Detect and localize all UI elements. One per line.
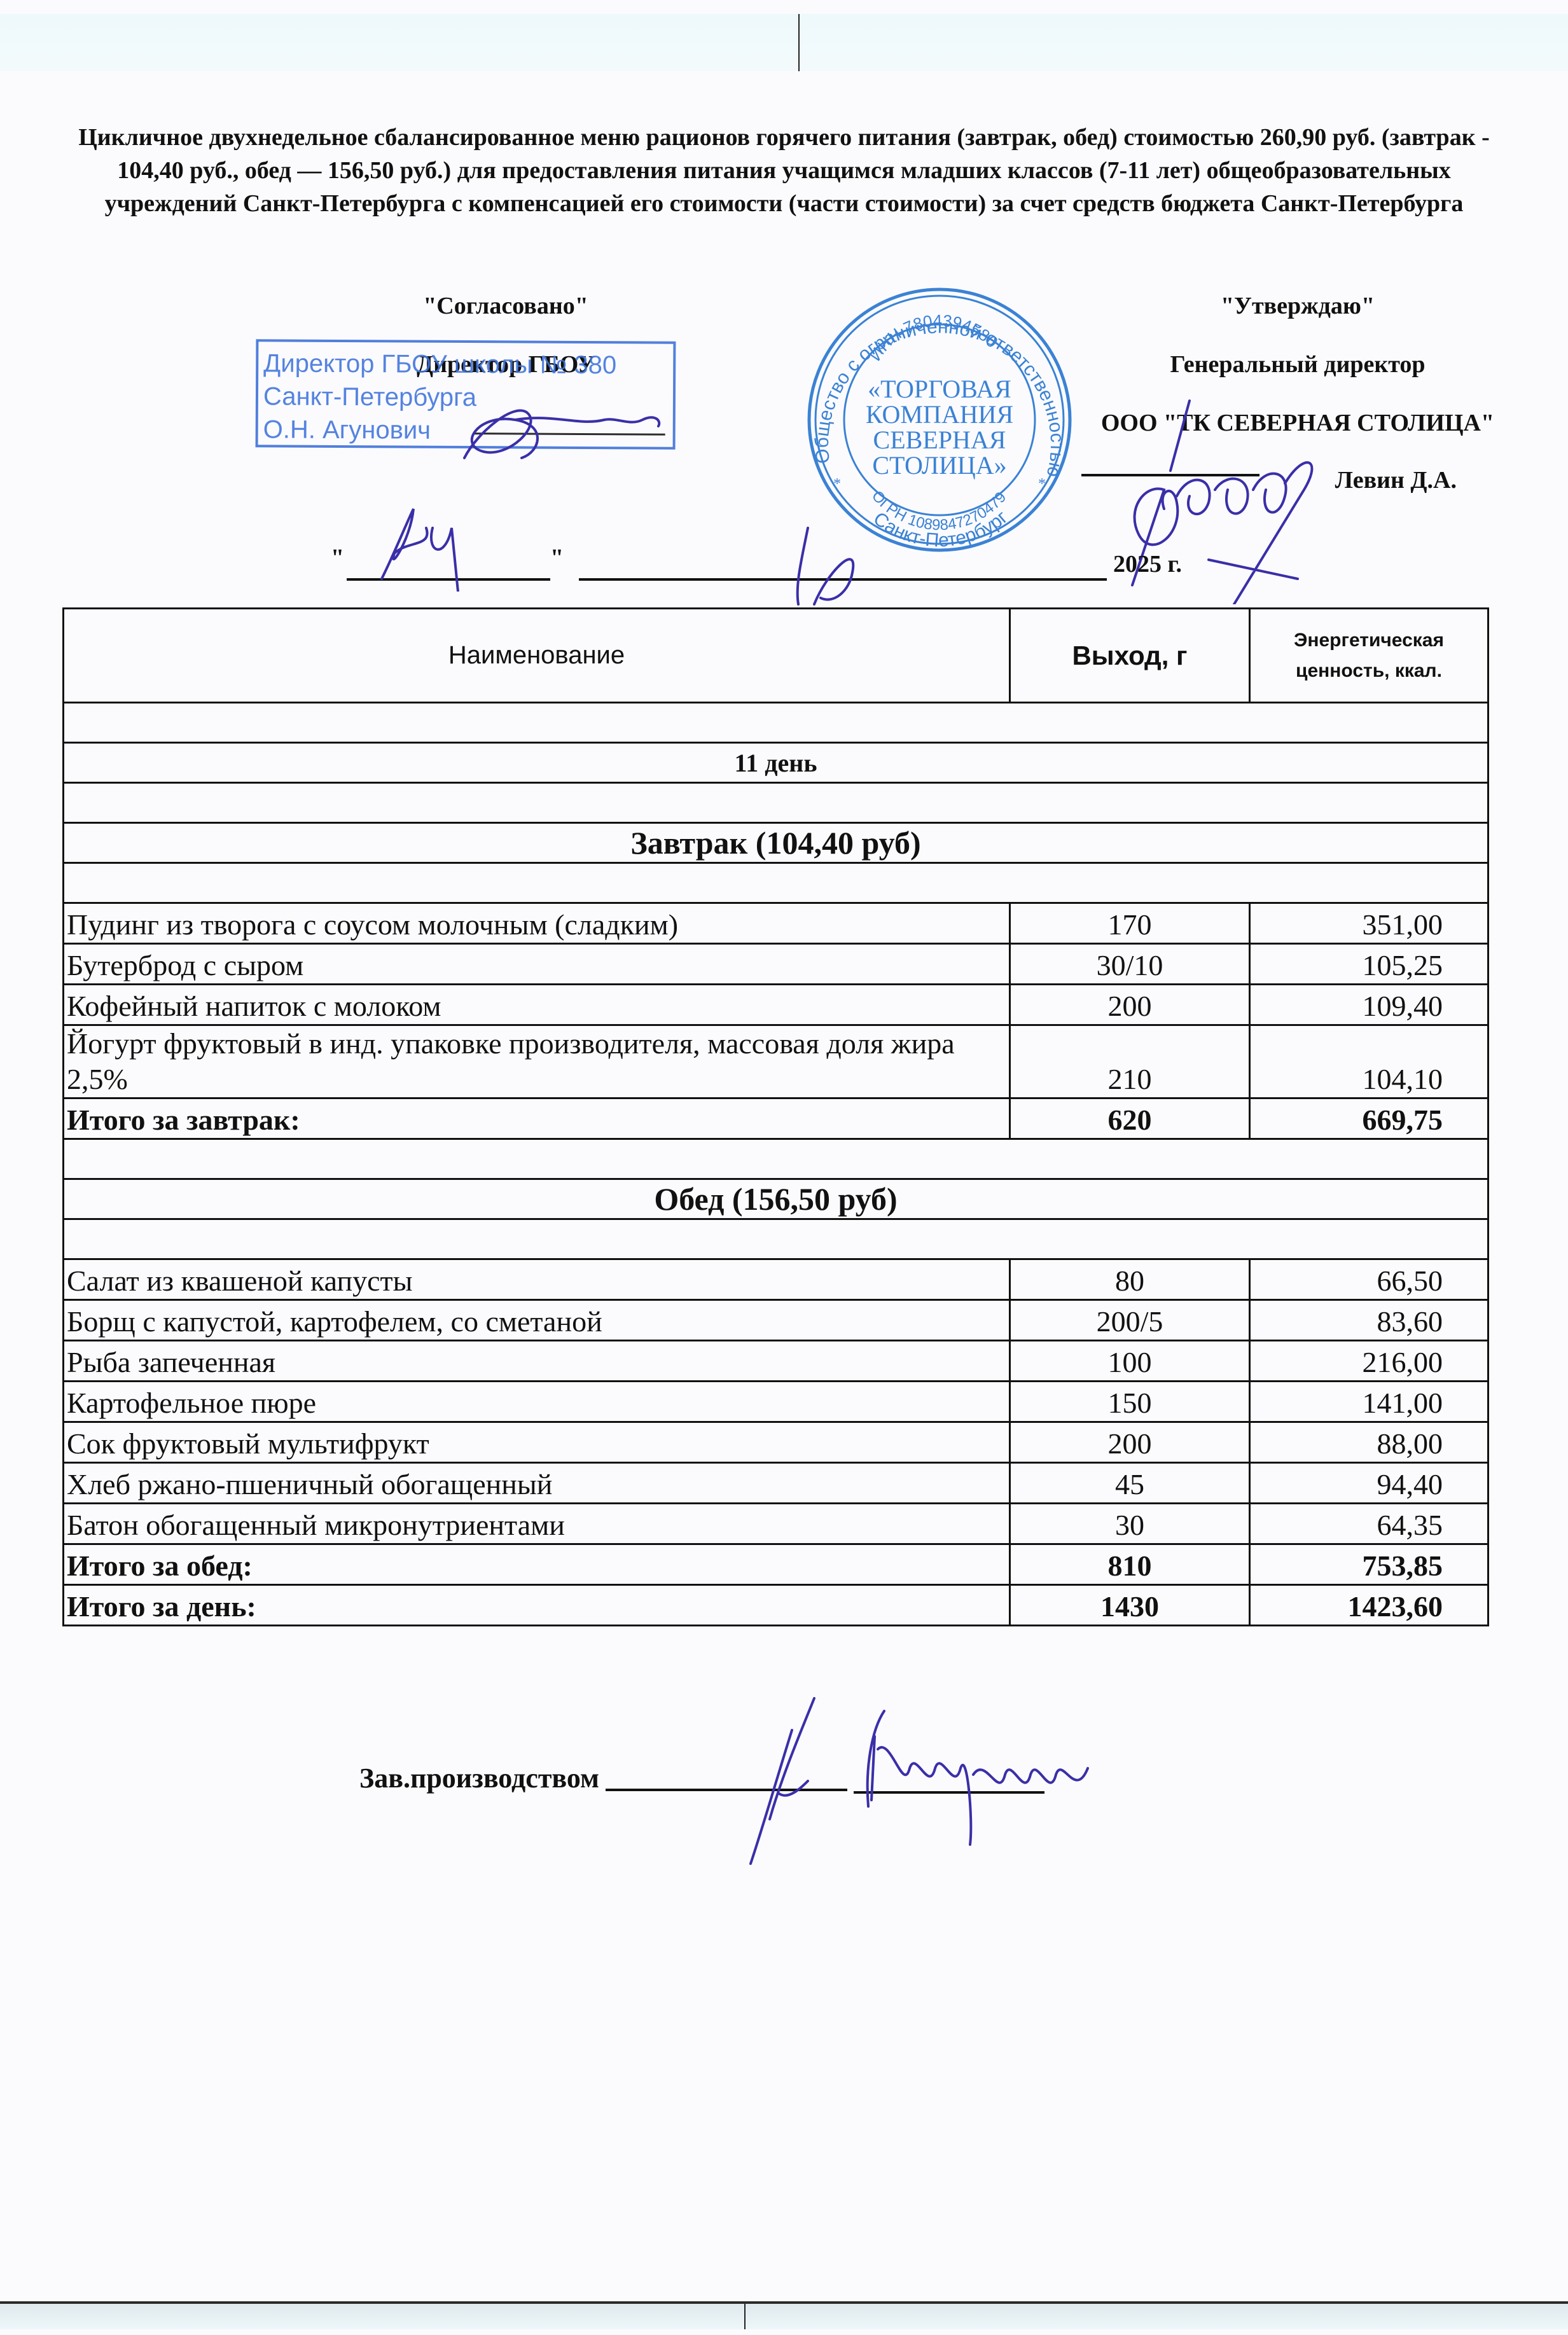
- production-manager-label: Зав.производством: [359, 1763, 599, 1794]
- day-total-energy: 1423,60: [1250, 1585, 1488, 1626]
- spacer-row: [64, 863, 1488, 903]
- handwritten-month: [789, 522, 878, 611]
- spacer-row: [64, 783, 1488, 823]
- approved-label: "Утверждаю": [1056, 289, 1539, 322]
- dish-energy: 141,00: [1250, 1382, 1488, 1422]
- dish-output: 45: [1010, 1463, 1250, 1504]
- dish-name: Йогурт фруктовый в инд. упаковке произво…: [64, 1025, 1010, 1098]
- header-energy: Энергетическая ценность, ккал.: [1250, 609, 1488, 703]
- spacer-row: [64, 1139, 1488, 1179]
- dish-output: 30: [1010, 1504, 1250, 1544]
- date-close-quote: ": [550, 544, 564, 572]
- dish-output: 200: [1010, 1422, 1250, 1463]
- table-row: Йогурт фруктовый в инд. упаковке произво…: [64, 1025, 1488, 1098]
- day-total-output: 1430: [1010, 1585, 1250, 1626]
- dish-energy: 216,00: [1250, 1341, 1488, 1382]
- breakfast-total-output: 620: [1010, 1098, 1250, 1139]
- lunch-total-label: Итого за обед:: [64, 1544, 1010, 1585]
- table-row: Борщ с капустой, картофелем, со сметаной…: [64, 1300, 1488, 1341]
- approved-position: Генеральный директор: [1056, 348, 1539, 381]
- dish-output: 200/5: [1010, 1300, 1250, 1341]
- breakfast-items: Пудинг из творога с соусом молочным (сла…: [64, 903, 1488, 1098]
- dish-name: Хлеб ржано-пшеничный обогащенный: [64, 1463, 1010, 1504]
- lunch-title: Обед (156,50 руб): [64, 1179, 1488, 1219]
- table-row: Сок фруктовый мультифрукт20088,00: [64, 1422, 1488, 1463]
- dish-name: Батон обогащенный микронутриентами: [64, 1504, 1010, 1544]
- lunch-total-output: 810: [1010, 1544, 1250, 1585]
- dish-output: 80: [1010, 1259, 1250, 1300]
- date-year: 2025 г.: [1113, 550, 1182, 578]
- dish-energy: 351,00: [1250, 903, 1488, 944]
- dish-name: Рыба запеченная: [64, 1341, 1010, 1382]
- spacer-row: [64, 703, 1488, 743]
- dish-output: 170: [1010, 903, 1250, 944]
- scanner-edge-top: [0, 14, 1568, 71]
- dish-energy: 88,00: [1250, 1422, 1488, 1463]
- svg-text:*: *: [833, 476, 841, 492]
- dish-energy: 66,50: [1250, 1259, 1488, 1300]
- menu-table: Наименование Выход, г Энергетическая цен…: [62, 607, 1489, 1626]
- dish-name: Пудинг из творога с соусом молочным (сла…: [64, 903, 1010, 944]
- lunch-total-row: Итого за обед: 810 753,85: [64, 1544, 1488, 1585]
- table-row: Бутерброд с сыром30/10105,25: [64, 944, 1488, 985]
- lunch-total-energy: 753,85: [1250, 1544, 1488, 1585]
- table-row: Пудинг из творога с соусом молочным (сла…: [64, 903, 1488, 944]
- dish-energy: 105,25: [1250, 944, 1488, 985]
- dish-energy: 109,40: [1250, 985, 1488, 1025]
- dish-energy: 83,60: [1250, 1300, 1488, 1341]
- table-row: Салат из квашеной капусты8066,50: [64, 1259, 1488, 1300]
- dish-name: Бутерброд с сыром: [64, 944, 1010, 985]
- table-header-row: Наименование Выход, г Энергетическая цен…: [64, 609, 1488, 703]
- dish-output: 100: [1010, 1341, 1250, 1382]
- dish-output: 210: [1010, 1025, 1250, 1098]
- breakfast-total-row: Итого за завтрак: 620 669,75: [64, 1098, 1488, 1139]
- spacer-row: [64, 1219, 1488, 1259]
- dish-name: Борщ с капустой, картофелем, со сметаной: [64, 1300, 1010, 1341]
- production-manager-signature: [719, 1692, 1177, 1870]
- day-total-row: Итого за день: 1430 1423,60: [64, 1585, 1488, 1626]
- dish-energy: 104,10: [1250, 1025, 1488, 1098]
- table-row: Батон обогащенный микронутриентами3064,3…: [64, 1504, 1488, 1544]
- table-row: Рыба запеченная100216,00: [64, 1341, 1488, 1382]
- dish-energy: 64,35: [1250, 1504, 1488, 1544]
- stamp-name-4: СТОЛИЦА»: [872, 451, 1006, 480]
- date-open-quote: ": [331, 544, 344, 572]
- breakfast-total-label: Итого за завтрак:: [64, 1098, 1010, 1139]
- day-total-label: Итого за день:: [64, 1585, 1010, 1626]
- stamp-name-2: КОМПАНИЯ: [866, 400, 1013, 429]
- table-row: Хлеб ржано-пшеничный обогащенный4594,40: [64, 1463, 1488, 1504]
- handwritten-day: [375, 502, 477, 592]
- lunch-items: Салат из квашеной капусты8066,50Борщ с к…: [64, 1259, 1488, 1544]
- table-row: Кофейный напиток с молоком200109,40: [64, 985, 1488, 1025]
- dish-name: Сок фруктовый мультифрукт: [64, 1422, 1010, 1463]
- dish-output: 200: [1010, 985, 1250, 1025]
- table-row: Картофельное пюре150141,00: [64, 1382, 1488, 1422]
- svg-text:*: *: [1038, 476, 1046, 492]
- day-label: 11 день: [64, 743, 1488, 783]
- document-title: Цикличное двухнедельное сбалансированное…: [64, 121, 1504, 220]
- scanner-edge-bottom: [0, 2301, 1568, 2329]
- header-name: Наименование: [64, 609, 1010, 703]
- dish-name: Салат из квашеной капусты: [64, 1259, 1010, 1300]
- dish-name: Картофельное пюре: [64, 1382, 1010, 1422]
- breakfast-title: Завтрак (104,40 руб): [64, 823, 1488, 863]
- agreed-label: "Согласовано": [356, 289, 655, 322]
- dish-energy: 94,40: [1250, 1463, 1488, 1504]
- agreed-signature: [439, 375, 681, 471]
- dish-output: 150: [1010, 1382, 1250, 1422]
- stamp-name-1: «ТОРГОВАЯ: [868, 375, 1011, 403]
- company-stamp: Общество с ограниченной ответственностью…: [803, 280, 1076, 560]
- header-output: Выход, г: [1010, 609, 1250, 703]
- stamp-name-3: СЕВЕРНАЯ: [873, 426, 1006, 454]
- breakfast-total-energy: 669,75: [1250, 1098, 1488, 1139]
- dish-name: Кофейный напиток с молоком: [64, 985, 1010, 1025]
- dish-output: 30/10: [1010, 944, 1250, 985]
